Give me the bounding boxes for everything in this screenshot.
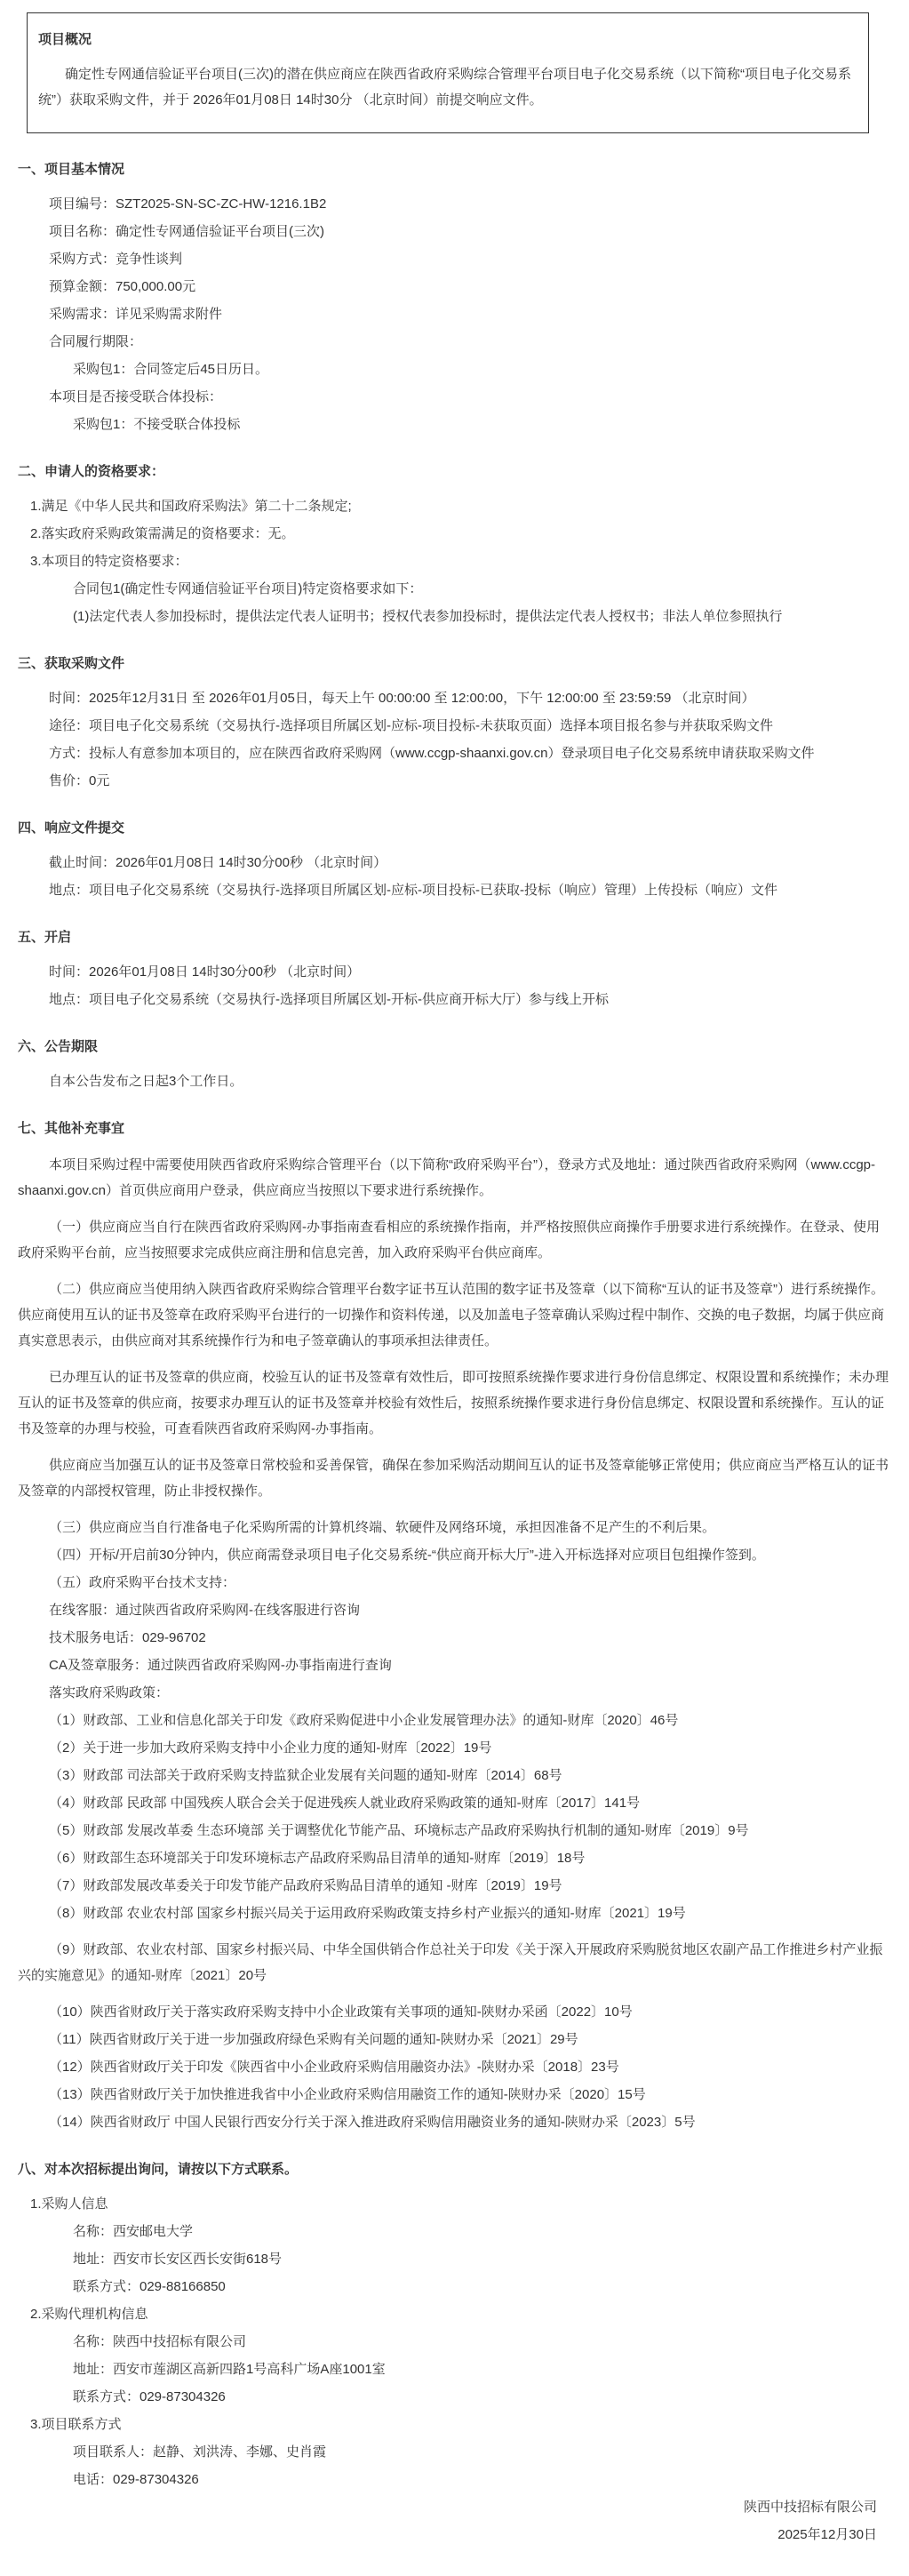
doc-line: 时间：2025年12月31日 至 2026年01月05日，每天上午 00:00:… — [18, 685, 891, 711]
doc-line: 在线客服：通过陕西省政府采购网-在线客服进行咨询 — [18, 1597, 891, 1623]
doc-line: 采购包1：不接受联合体投标 — [18, 412, 891, 437]
doc-line: 落实政府采购政策： — [18, 1680, 891, 1706]
doc-line: 技术服务电话：029-96702 — [18, 1625, 891, 1651]
section-heading: 五、开启 — [18, 924, 891, 950]
doc-line: 名称：陕西中技招标有限公司 — [18, 2329, 891, 2355]
section-heading: 三、获取采购文件 — [18, 651, 891, 676]
doc-line: （四）开标/开启前30分钟内，供应商需登录项目电子化交易系统-“供应商开标大厅”… — [18, 1542, 891, 1568]
doc-line: 采购需求：详见采购需求附件 — [18, 301, 891, 327]
section-heading: 八、对本次招标提出询问，请按以下方式联系。 — [18, 2156, 891, 2182]
section-heading: 七、其他补充事宜 — [18, 1116, 891, 1141]
doc-line: 本项目是否接受联合体投标： — [18, 384, 891, 410]
doc-line: 3.本项目的特定资格要求： — [18, 548, 891, 574]
doc-line: 项目编号：SZT2025-SN-SC-ZC-HW-1216.1B2 — [18, 191, 891, 217]
doc-line: （12）陕西省财政厅关于印发《陕西省中小企业政府采购信用融资办法》-陕财办采〔2… — [18, 2054, 891, 2080]
doc-line: 2.落实政府采购政策需满足的资格要求：无。 — [18, 521, 891, 547]
section-heading: 一、项目基本情况 — [18, 156, 891, 182]
doc-line: 售价：0元 — [18, 768, 891, 794]
doc-line: 联系方式：029-87304326 — [18, 2384, 891, 2410]
project-overview-text: 确定性专网通信验证平台项目(三次)的潜在供应商应在陕西省政府采购综合管理平台项目… — [38, 61, 856, 113]
doc-line: 时间：2026年01月08日 14时30分00秒 （北京时间） — [18, 959, 891, 985]
doc-line: 名称：西安邮电大学 — [18, 2219, 891, 2244]
doc-line: （7）财政部发展改革委关于印发节能产品政府采购品目清单的通知 -财库〔2019〕… — [18, 1873, 891, 1899]
section-heading: 二、申请人的资格要求： — [18, 459, 891, 484]
doc-line: 供应商应当加强互认的证书及签章日常校验和妥善保管，确保在参加采购活动期间互认的证… — [18, 1452, 891, 1504]
doc-line: 项目联系人：赵静、刘洪涛、李娜、史肖霞 — [18, 2439, 891, 2465]
doc-line: （2）关于进一步加大政府采购支持中小企业力度的通知-财库〔2022〕19号 — [18, 1735, 891, 1761]
doc-line: （11）陕西省财政厅关于进一步加强政府绿色采购有关问题的通知-陕财办采〔2021… — [18, 2027, 891, 2052]
doc-line: 采购包1：合同签定后45日历日。 — [18, 356, 891, 382]
footer-agency-name: 陕西中技招标有限公司 — [18, 2494, 891, 2520]
doc-line: （6）财政部生态环境部关于印发环境标志产品政府采购品目清单的通知-财库〔2019… — [18, 1845, 891, 1871]
project-overview-box: 项目概况 确定性专网通信验证平台项目(三次)的潜在供应商应在陕西省政府采购综合管… — [27, 12, 869, 133]
doc-line: 3.项目联系方式 — [18, 2412, 891, 2437]
doc-line: 预算金额：750,000.00元 — [18, 274, 891, 300]
doc-line: 采购方式：竞争性谈判 — [18, 246, 891, 272]
doc-line: （1）财政部、工业和信息化部关于印发《政府采购促进中小企业发展管理办法》的通知-… — [18, 1708, 891, 1733]
footer-publish-date: 2025年12月30日 — [18, 2522, 891, 2548]
doc-line: 本项目采购过程中需要使用陕西省政府采购综合管理平台（以下简称“政府采购平台”），… — [18, 1152, 891, 1204]
doc-line: 合同包1(确定性专网通信验证平台项目)特定资格要求如下： — [18, 576, 891, 602]
doc-line: 项目名称：确定性专网通信验证平台项目(三次) — [18, 219, 891, 244]
doc-line: 电话：029-87304326 — [18, 2467, 891, 2492]
project-overview-title: 项目概况 — [38, 28, 856, 52]
doc-line: （五）政府采购平台技术支持： — [18, 1570, 891, 1596]
doc-line: 途径：项目电子化交易系统（交易执行-选择项目所属区划-应标-项目投标-未获取页面… — [18, 713, 891, 739]
doc-line: （10）陕西省财政厅关于落实政府采购支持中小企业政策有关事项的通知-陕财办采函〔… — [18, 1999, 891, 2025]
section-heading: 六、公告期限 — [18, 1034, 891, 1060]
doc-line: 自本公告发布之日起3个工作日。 — [18, 1068, 891, 1094]
doc-line: （3）财政部 司法部关于政府采购支持监狱企业发展有关问题的通知-财库〔2014〕… — [18, 1763, 891, 1788]
doc-line: CA及签章服务：通过陕西省政府采购网-办事指南进行查询 — [18, 1652, 891, 1678]
doc-line: （4）财政部 民政部 中国残疾人联合会关于促进残疾人就业政府采购政策的通知-财库… — [18, 1790, 891, 1816]
section-heading: 四、响应文件提交 — [18, 815, 891, 841]
doc-line: 合同履行期限： — [18, 329, 891, 355]
doc-line: 地点：项目电子化交易系统（交易执行-选择项目所属区划-应标-项目投标-已获取-投… — [18, 877, 891, 903]
doc-line: （9）财政部、农业农村部、国家乡村振兴局、中华全国供销合作总社关于印发《关于深入… — [18, 1937, 891, 1988]
doc-line: 1.采购人信息 — [18, 2191, 891, 2217]
doc-line: （三）供应商应当自行准备电子化采购所需的计算机终端、软硬件及网络环境，承担因准备… — [18, 1515, 891, 1540]
doc-line: 地点：项目电子化交易系统（交易执行-选择项目所属区划-开标-供应商开标大厅）参与… — [18, 987, 891, 1012]
doc-line: (1)法定代表人参加投标时，提供法定代表人证明书；授权代表参加投标时，提供法定代… — [18, 604, 891, 629]
doc-line: （13）陕西省财政厅关于加快推进我省中小企业政府采购信用融资工作的通知-陕财办采… — [18, 2082, 891, 2108]
doc-line: 方式：投标人有意参加本项目的，应在陕西省政府采购网（www.ccgp-shaan… — [18, 740, 891, 766]
doc-line: 已办理互认的证书及签章的供应商，校验互认的证书及签章有效性后，即可按照系统操作要… — [18, 1364, 891, 1442]
doc-line: 联系方式：029-88166850 — [18, 2274, 891, 2300]
announcement-lines: 一、项目基本情况项目编号：SZT2025-SN-SC-ZC-HW-1216.1B… — [18, 156, 891, 2492]
announcement-page: 项目概况 确定性专网通信验证平台项目(三次)的潜在供应商应在陕西省政府采购综合管… — [0, 0, 909, 2576]
doc-line: （二）供应商应当使用纳入陕西省政府采购综合管理平台数字证书互认范围的数字证书及签… — [18, 1276, 891, 1354]
doc-line: 2.采购代理机构信息 — [18, 2301, 891, 2327]
doc-line: （5）财政部 发展改革委 生态环境部 关于调整优化节能产品、环境标志产品政府采购… — [18, 1818, 891, 1844]
doc-line: 地址：西安市莲湖区高新四路1号高科广场A座1001室 — [18, 2356, 891, 2382]
doc-line: 1.满足《中华人民共和国政府采购法》第二十二条规定; — [18, 493, 891, 519]
doc-line: （8）财政部 农业农村部 国家乡村振兴局关于运用政府采购政策支持乡村产业振兴的通… — [18, 1900, 891, 1926]
doc-line: 地址：西安市长安区西长安街618号 — [18, 2246, 891, 2272]
doc-line: （14）陕西省财政厅 中国人民银行西安分行关于深入推进政府采购信用融资业务的通知… — [18, 2109, 891, 2135]
doc-line: 截止时间：2026年01月08日 14时30分00秒 （北京时间） — [18, 850, 891, 876]
doc-line: （一）供应商应当自行在陕西省政府采购网-办事指南查看相应的系统操作指南，并严格按… — [18, 1214, 891, 1266]
